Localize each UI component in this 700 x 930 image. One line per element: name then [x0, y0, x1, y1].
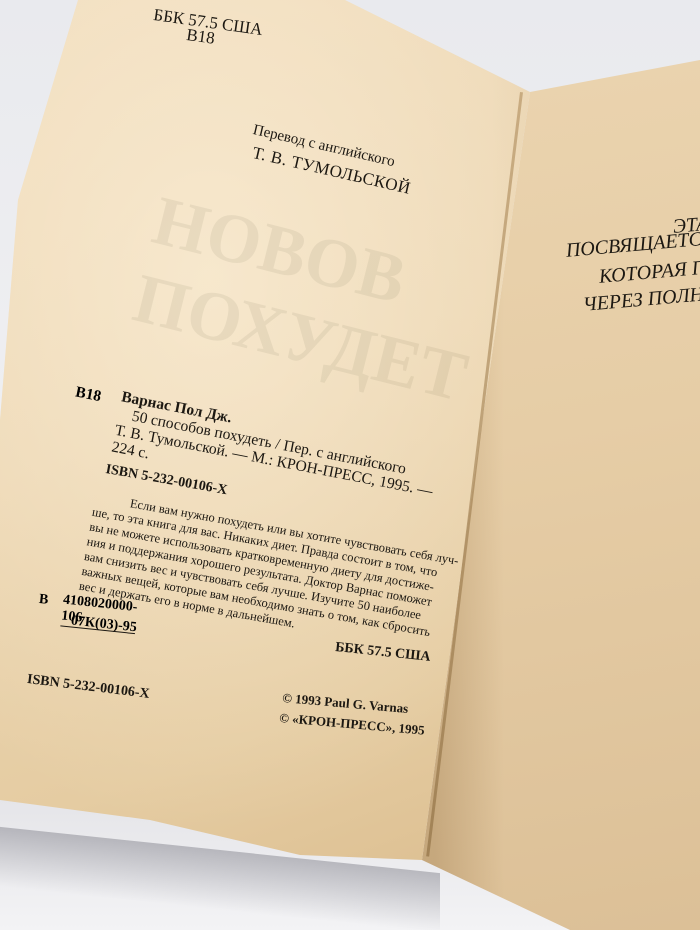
book-photo: НОВОВ ПОХУДЕТ ББК 57.5 США В18 Перевод с…: [0, 0, 700, 930]
author-code-top: В18: [185, 25, 216, 49]
publisher-code-letter: В: [38, 592, 49, 609]
catalog-code: В18: [74, 384, 103, 407]
